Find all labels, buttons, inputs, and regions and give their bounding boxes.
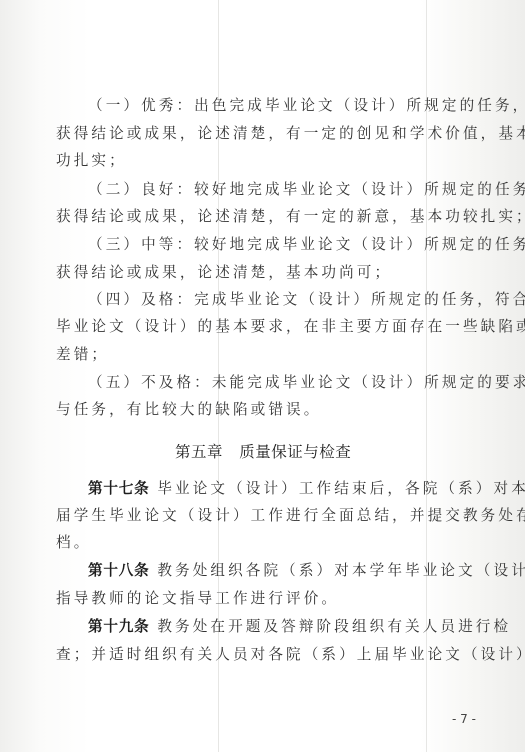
grade-excellent-line-2: 获得结论或成果，论述清楚，有一定的创见和学术价值，基本: [56, 125, 466, 143]
grade-fail-line-1: （五）不及格：未能完成毕业论文（设计）所规定的要求: [88, 374, 498, 392]
article-text: 教务处在开题及答辩阶段组织有关人员进行检: [150, 618, 512, 635]
article-18-line-2: 指导教师的论文指导工作进行评价。: [56, 590, 466, 608]
article-text: 毕业论文（设计）工作结束后，各院（系）对本: [150, 480, 525, 497]
grade-medium-line-2: 获得结论或成果，论述清楚，基本功尚可；: [56, 264, 466, 282]
article-label: 第十九条: [88, 618, 150, 635]
article-17-line-3: 档。: [56, 534, 466, 552]
article-17-line-2: 届学生毕业论文（设计）工作进行全面总结，并提交教务处存: [56, 507, 466, 525]
grade-medium-line-1: （三）中等：较好地完成毕业论文（设计）所规定的任务，: [88, 236, 498, 254]
article-text: 教务处组织各院（系）对本学年毕业论文（设计）: [150, 562, 525, 579]
grade-good-line-1: （二）良好：较好地完成毕业论文（设计）所规定的任务，: [88, 181, 498, 199]
article-19-line-2: 查；并适时组织有关人员对各院（系）上届毕业论文（设计）: [56, 646, 466, 664]
article-label: 第十七条: [88, 480, 150, 497]
grade-pass-line-3: 差错；: [56, 346, 466, 364]
grade-fail-line-2: 与任务，有比较大的缺陷或错误。: [56, 401, 466, 419]
grade-good-line-2: 获得结论或成果，论述清楚，有一定的新意，基本功较扎实；: [56, 208, 466, 226]
grade-pass-line-1: （四）及格：完成毕业论文（设计）所规定的任务，符合: [88, 291, 498, 309]
document-page: （一）优秀：出色完成毕业论文（设计）所规定的任务， 获得结论或成果，论述清楚，有…: [0, 0, 525, 752]
grade-excellent-line-1: （一）优秀：出色完成毕业论文（设计）所规定的任务，: [88, 97, 498, 115]
chapter-heading: 第五章 质量保证与检查: [175, 440, 351, 462]
article-19-line-1: 第十九条 教务处在开题及答辩阶段组织有关人员进行检: [88, 618, 498, 636]
article-17-line-1: 第十七条 毕业论文（设计）工作结束后，各院（系）对本: [88, 480, 498, 498]
article-18-line-1: 第十八条 教务处组织各院（系）对本学年毕业论文（设计）: [88, 562, 498, 580]
grade-pass-line-2: 毕业论文（设计）的基本要求，在非主要方面存在一些缺陷或: [56, 318, 466, 336]
article-label: 第十八条: [88, 562, 150, 579]
grade-excellent-line-3: 功扎实；: [56, 152, 466, 170]
page-number: - 7 -: [452, 712, 476, 726]
